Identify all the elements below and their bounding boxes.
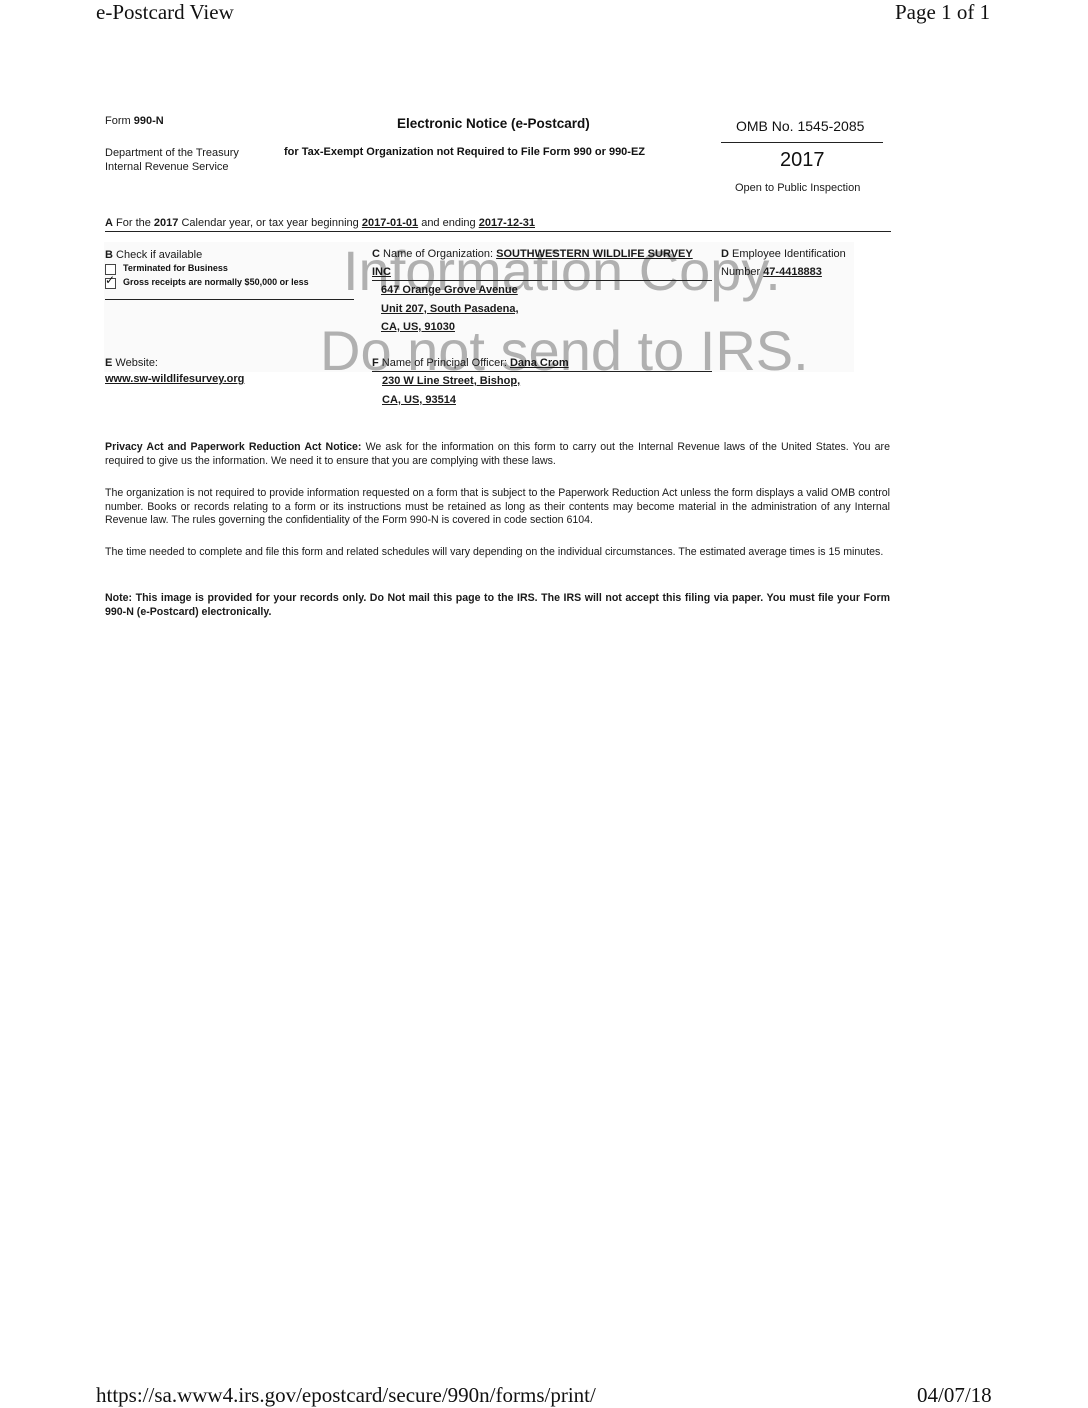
section-c-org-name: C Name of Organization: SOUTHWESTERN WIL… <box>372 248 693 260</box>
section-f-letter: F <box>372 357 379 369</box>
section-b-divider <box>105 299 354 300</box>
print-footer-date: 04/07/18 <box>917 1383 992 1408</box>
omb-divider <box>721 142 883 143</box>
section-a-text: and ending <box>418 217 479 229</box>
section-d-ein-label: D Employee Identification <box>721 248 846 260</box>
print-header-title: e-Postcard View <box>96 0 234 25</box>
print-header-page-number: Page 1 of 1 <box>895 0 990 25</box>
form-title: Electronic Notice (e-Postcard) <box>397 116 590 131</box>
section-f-label: Name of Principal Officer: <box>379 357 510 369</box>
gross-receipts-label: Gross receipts are normally $50,000 or l… <box>123 277 309 287</box>
section-a-tax-period: A For the 2017 Calendar year, or tax yea… <box>105 217 535 229</box>
section-c-divider <box>372 280 712 281</box>
section-f-divider <box>372 371 712 372</box>
org-address-line1: 647 Orange Grove Avenue <box>381 284 518 296</box>
privacy-act-notice: Privacy Act and Paperwork Reduction Act … <box>105 441 890 468</box>
section-f-officer: F Name of Principal Officer: Dana Crom <box>372 357 569 369</box>
officer-address-line2: CA, US, 93514 <box>382 394 456 406</box>
officer-name: Dana Crom <box>510 357 569 369</box>
ein-label: Number <box>721 266 763 278</box>
tax-year-begin-date: 2017-01-01 <box>362 217 418 229</box>
do-not-mail-note: Note: This image is provided for your re… <box>105 592 890 619</box>
org-address-line3: CA, US, 91030 <box>381 321 455 333</box>
gross-receipts-checkbox[interactable]: ✓ <box>105 278 116 289</box>
section-e-website-label: E Website: <box>105 357 158 369</box>
website-link[interactable]: www.sw-wildlifesurvey.org <box>105 373 244 385</box>
section-a-divider <box>105 231 891 232</box>
print-footer-url: https://sa.www4.irs.gov/epostcard/secure… <box>96 1383 596 1408</box>
section-a-year: 2017 <box>154 217 178 229</box>
department-block: Department of the Treasury Internal Reve… <box>105 146 239 174</box>
department-line1: Department of the Treasury <box>105 146 239 160</box>
section-a-text: Calendar year, or tax year beginning <box>178 217 361 229</box>
form-subtitle: for Tax-Exempt Organization not Required… <box>284 146 645 158</box>
section-d-label: Employee Identification <box>729 248 846 260</box>
section-d-letter: D <box>721 248 729 260</box>
form-number-label: Form 990-N <box>105 115 164 127</box>
section-a-text: For the <box>113 217 154 229</box>
omb-control-notice: The organization is not required to prov… <box>105 487 890 528</box>
ein-value: 47-4418883 <box>763 266 822 278</box>
tax-year-end-date: 2017-12-31 <box>479 217 535 229</box>
section-b-letter: B <box>105 249 113 261</box>
officer-address-line1: 230 W Line Street, Bishop, <box>382 375 520 387</box>
check-icon: ✓ <box>105 274 115 286</box>
terminated-label: Terminated for Business <box>123 263 228 273</box>
section-a-letter: A <box>105 217 113 229</box>
section-d-ein: Number 47-4418883 <box>721 266 822 278</box>
privacy-heading: Privacy Act and Paperwork Reduction Act … <box>105 441 361 453</box>
org-address-line2: Unit 207, South Pasadena, <box>381 303 519 315</box>
org-name-line1: SOUTHWESTERN WILDLIFE SURVEY <box>496 248 693 260</box>
section-b-label: Check if available <box>113 249 202 261</box>
time-estimate-notice: The time needed to complete and file thi… <box>105 546 890 560</box>
department-line2: Internal Revenue Service <box>105 160 239 174</box>
omb-number: OMB No. 1545-2085 <box>736 118 864 134</box>
section-e-label: Website: <box>112 357 158 369</box>
public-inspection-label: Open to Public Inspection <box>735 182 860 194</box>
section-b-heading: B Check if available <box>105 249 202 261</box>
form-number: 990-N <box>134 115 164 127</box>
org-name-line2: INC <box>372 266 391 278</box>
section-c-letter: C <box>372 248 380 260</box>
tax-year: 2017 <box>780 149 825 172</box>
section-c-label: Name of Organization: <box>380 248 496 260</box>
form-label: Form <box>105 115 134 127</box>
